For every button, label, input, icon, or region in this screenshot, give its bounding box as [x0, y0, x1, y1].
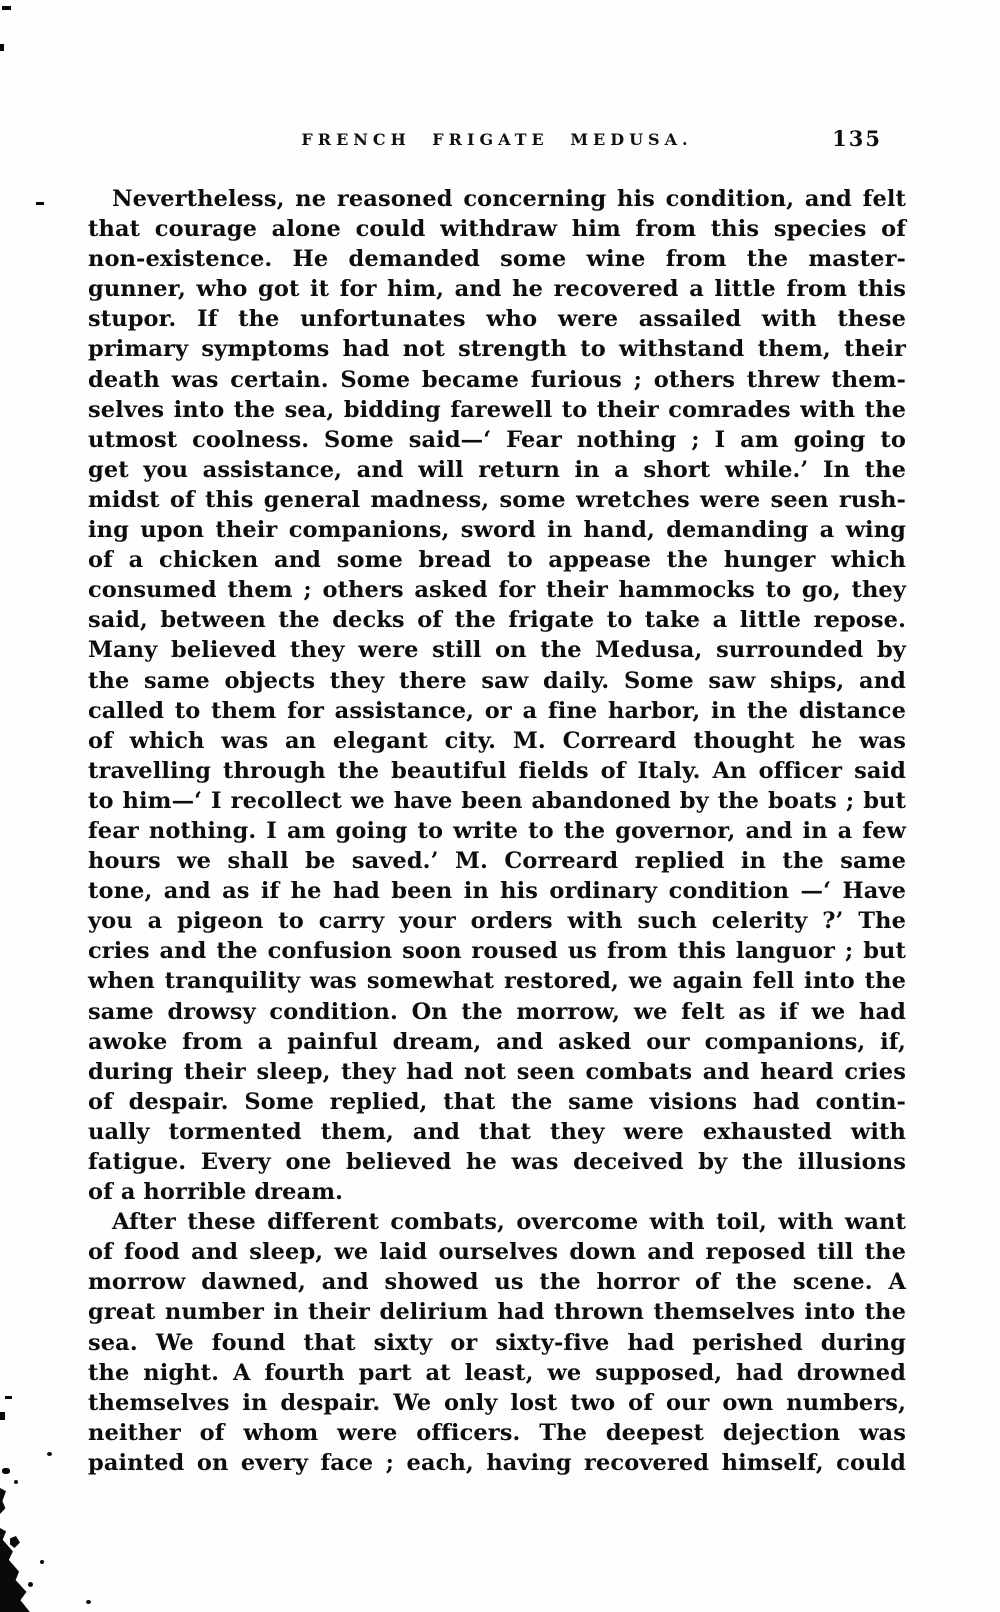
ink-speck — [14, 1480, 18, 1484]
text-line: morrow dawned, and showed us the horror … — [88, 1267, 906, 1297]
ink-speck — [86, 1600, 91, 1604]
text-line: of a horrible dream. — [88, 1177, 906, 1207]
text-line: Nevertheless, ne reasoned concerning his… — [88, 184, 906, 214]
text-line: cries and the confusion soon roused us f… — [88, 936, 906, 966]
text-line: selves into the sea, bidding farewell to… — [88, 395, 906, 425]
text-line: when tranquility was somewhat restored, … — [88, 966, 906, 996]
text-line: same drowsy condition. On the morrow, we… — [88, 997, 906, 1027]
page-text: Nevertheless, ne reasoned concerning his… — [88, 184, 906, 1478]
running-header: FRENCH FRIGATE MEDUSA. 135 — [88, 126, 906, 160]
text-line: during their sleep, they had not seen co… — [88, 1057, 906, 1087]
text-line: primary symptoms had not strength to wit… — [88, 334, 906, 364]
text-line: travelling through the beautiful fields … — [88, 756, 906, 786]
text-line: painted on every face ; each, having rec… — [88, 1448, 906, 1478]
ink-speck — [2, 6, 11, 10]
text-line: After these different combats, overcome … — [88, 1207, 906, 1237]
text-line: ually tormented them, and that they were… — [88, 1117, 906, 1147]
text-line: midst of this general madness, some wret… — [88, 485, 906, 515]
text-line: themselves in despair. We only lost two … — [88, 1388, 906, 1418]
text-line: hours we shall be saved.’ M. Correard re… — [88, 846, 906, 876]
text-line: of a chicken and some bread to appease t… — [88, 545, 906, 575]
ink-speck — [28, 1582, 33, 1587]
ink-speck — [40, 1560, 44, 1564]
text-line: neither of whom were officers. The deepe… — [88, 1418, 906, 1448]
text-line: gunner, who got it for him, and he recov… — [88, 274, 906, 304]
text-line: called to them for assistance, or a fine… — [88, 696, 906, 726]
text-column: FRENCH FRIGATE MEDUSA. 135 Nevertheless,… — [88, 126, 906, 1478]
text-line: the night. A fourth part at least, we su… — [88, 1358, 906, 1388]
ink-speck — [0, 44, 4, 51]
text-line: sea. We found that sixty or sixty-five h… — [88, 1328, 906, 1358]
ink-speck — [5, 1396, 12, 1399]
running-title: FRENCH FRIGATE MEDUSA. — [301, 130, 692, 149]
text-line: fatigue. Every one believed he was decei… — [88, 1147, 906, 1177]
text-line: awoke from a painful dream, and asked ou… — [88, 1027, 906, 1057]
text-line: said, between the decks of the frigate t… — [88, 605, 906, 635]
book-page: FRENCH FRIGATE MEDUSA. 135 Nevertheless,… — [0, 0, 1000, 1612]
text-line: of despair. Some replied, that the same … — [88, 1087, 906, 1117]
ink-speck — [36, 202, 44, 205]
page-number: 135 — [832, 126, 882, 151]
text-line: utmost coolness. Some said—‘ Fear nothin… — [88, 425, 906, 455]
text-line: fear nothing. I am going to write to the… — [88, 816, 906, 846]
text-line: ing upon their companions, sword in hand… — [88, 515, 906, 545]
text-line: that courage alone could withdraw him fr… — [88, 214, 906, 244]
text-line: death was certain. Some became furious ;… — [88, 365, 906, 395]
text-line: great number in their delirium had throw… — [88, 1297, 906, 1327]
text-line: non-existence. He demanded some wine fro… — [88, 244, 906, 274]
text-line: the same objects they there saw daily. S… — [88, 666, 906, 696]
ink-speck — [0, 1412, 5, 1420]
text-line: tone, and as if he had been in his ordin… — [88, 876, 906, 906]
text-line: consumed them ; others asked for their h… — [88, 575, 906, 605]
text-line: you a pigeon to carry your orders with s… — [88, 906, 906, 936]
ink-speck — [47, 1452, 52, 1456]
ink-speck — [0, 1488, 6, 1514]
text-line: Many believed they were still on the Med… — [88, 635, 906, 665]
text-line: of food and sleep, we laid ourselves dow… — [88, 1237, 906, 1267]
text-line: of which was an elegant city. M. Correar… — [88, 726, 906, 756]
text-line: to him—‘ I recollect we have been abando… — [88, 786, 906, 816]
text-line: get you assistance, and will return in a… — [88, 455, 906, 485]
ink-speck — [10, 1536, 20, 1548]
text-line: stupor. If the unfortunates who were ass… — [88, 304, 906, 334]
ink-speck — [2, 1468, 10, 1474]
